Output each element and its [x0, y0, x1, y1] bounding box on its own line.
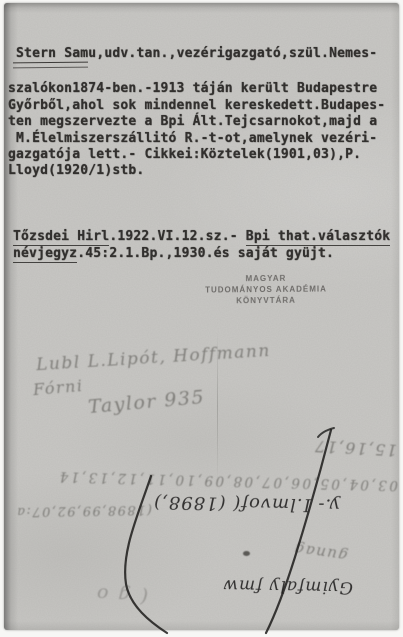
biography-line: Győrből,ahol sok mindennel kereskedett.B… — [8, 98, 396, 114]
source-title-underlined: Tőzsdei Hirl — [13, 229, 109, 246]
sources-line-2-rest: .45:2.1.Bp.,1930.és saját gyüjt. — [77, 246, 334, 261]
biography-line: ten megszervezte a Bpi Ált.Tejcsarnokot,… — [8, 114, 396, 130]
library-stamp: MAGYAR TUDOMÁNYOS AKADÉMIA KÖNYVTÁRA — [196, 272, 336, 306]
inverted-pencil-paren-illegible: ( g o — [77, 582, 148, 608]
biography-block: Stern Samu,udv.tan.,vezérigazgató,szül.N… — [8, 46, 396, 180]
stamp-line-3: KÖNYVTÁRA — [196, 294, 336, 306]
sources-line-1: Tőzsdei Hirl.1922.VI.12.sz.- Bpi that.vá… — [13, 228, 401, 245]
inverted-ink-signature-illegible: Gyimfaly fmw — [198, 575, 353, 598]
sources-block: Tőzsdei Hirl.1922.VI.12.sz.- Bpi that.vá… — [13, 228, 401, 262]
biography-line: Lloyd(1920/1)stb. — [8, 163, 396, 179]
source-ref-underlined: Bpi that.választók — [246, 229, 390, 246]
biography-line: szalókon1874-ben.-1913 táján került Buda… — [8, 81, 396, 97]
entry-headline-rest: ,udv.tan.,vezérigazgató,szül.Nemes- — [96, 46, 377, 61]
entry-headline: Stern Samu,udv.tan.,vezérigazgató,szül.N… — [8, 46, 396, 62]
inverted-ink-note-illegible: y.- I.lmvof( (1898,) — [135, 491, 340, 516]
source-word-underlined: névjegyz — [13, 246, 77, 263]
scanned-card-page: Stern Samu,udv.tan.,vezérigazgató,szül.N… — [0, 0, 403, 637]
sources-line-1-mid: .1922.VI.12.sz.- — [109, 229, 245, 244]
ink-blot — [243, 551, 250, 556]
biography-line: gazgatója lett.- Cikkei:Köztelek(1901,03… — [8, 147, 396, 163]
inverted-pencil-years: (1898,99,92,07:a — [2, 502, 152, 520]
stamp-line-2: TUDOMÁNYOS AKADÉMIA — [196, 283, 336, 295]
sources-line-2: névjegyz.45:2.1.Bp.,1930.és saját gyüjt. — [13, 245, 401, 262]
biography-line: M.Élelmiszerszállitó R.-t-ot,amelynek ve… — [8, 131, 396, 147]
entry-name-underlined: Stern Samu — [16, 46, 96, 61]
